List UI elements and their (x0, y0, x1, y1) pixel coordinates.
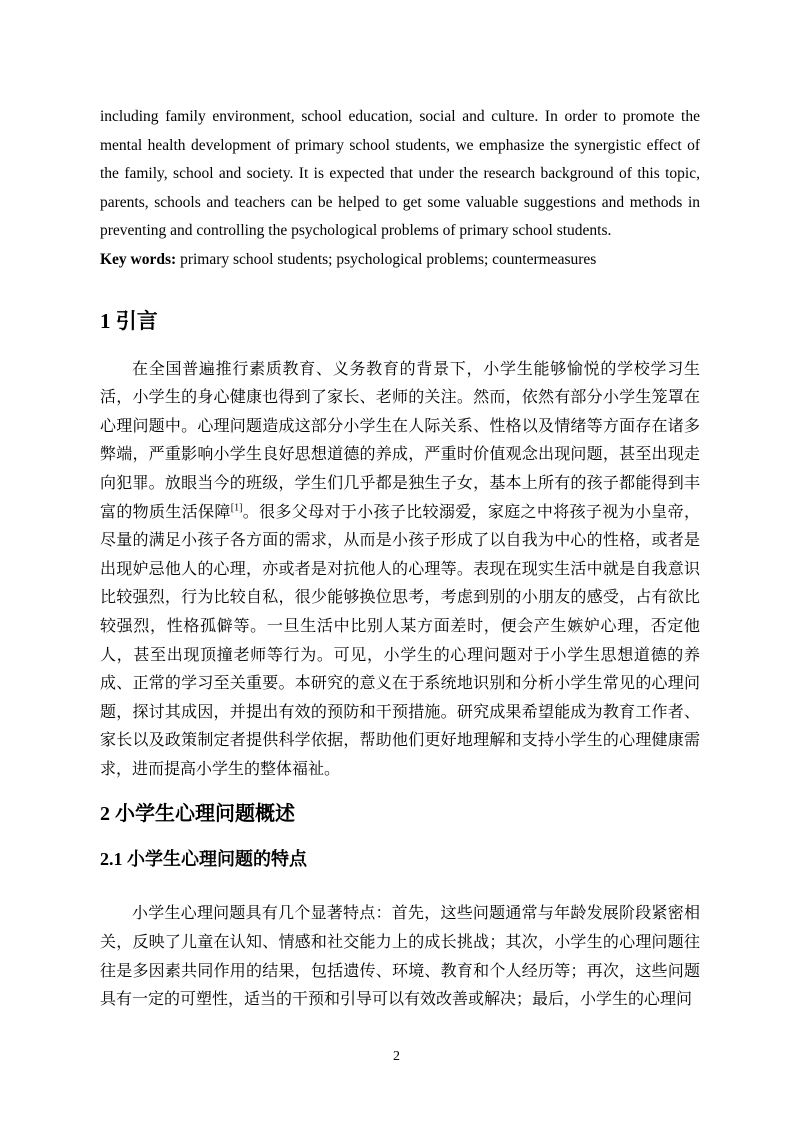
introduction-text-before-citation: 在全国普遍推行素质教育、义务教育的背景下，小学生能够愉悦的学校学习生活，小学生的… (100, 361, 700, 521)
citation-1-superscript: [1] (231, 502, 243, 513)
page-number: 2 (0, 1047, 793, 1066)
introduction-paragraph: 在全国普遍推行素质教育、义务教育的背景下，小学生能够愉悦的学校学习生活，小学生的… (100, 356, 700, 785)
keywords-label: Key words: (100, 251, 176, 268)
keywords-line: Key words: primary school students; psyc… (100, 246, 700, 275)
section-2-heading: 2 小学生心理问题概述 (100, 799, 700, 829)
characteristics-paragraph: 小学生心理问题具有几个显著特点：首先，这些问题通常与年龄发展阶段紧密相关，反映了… (100, 900, 700, 1014)
introduction-text-after-citation: 。很多父母对于小孩子比较溺爱，家庭之中将孩子视为小皇帝，尽量的满足小孩子各方面的… (100, 504, 700, 778)
section-1-heading: 1 引言 (100, 306, 700, 337)
section-2-1-heading: 2.1 小学生心理问题的特点 (100, 845, 700, 873)
keywords-text: primary school students; psychological p… (176, 251, 596, 268)
abstract-continuation-paragraph: including family environment, school edu… (100, 103, 700, 246)
document-page: including family environment, school edu… (100, 103, 700, 1015)
